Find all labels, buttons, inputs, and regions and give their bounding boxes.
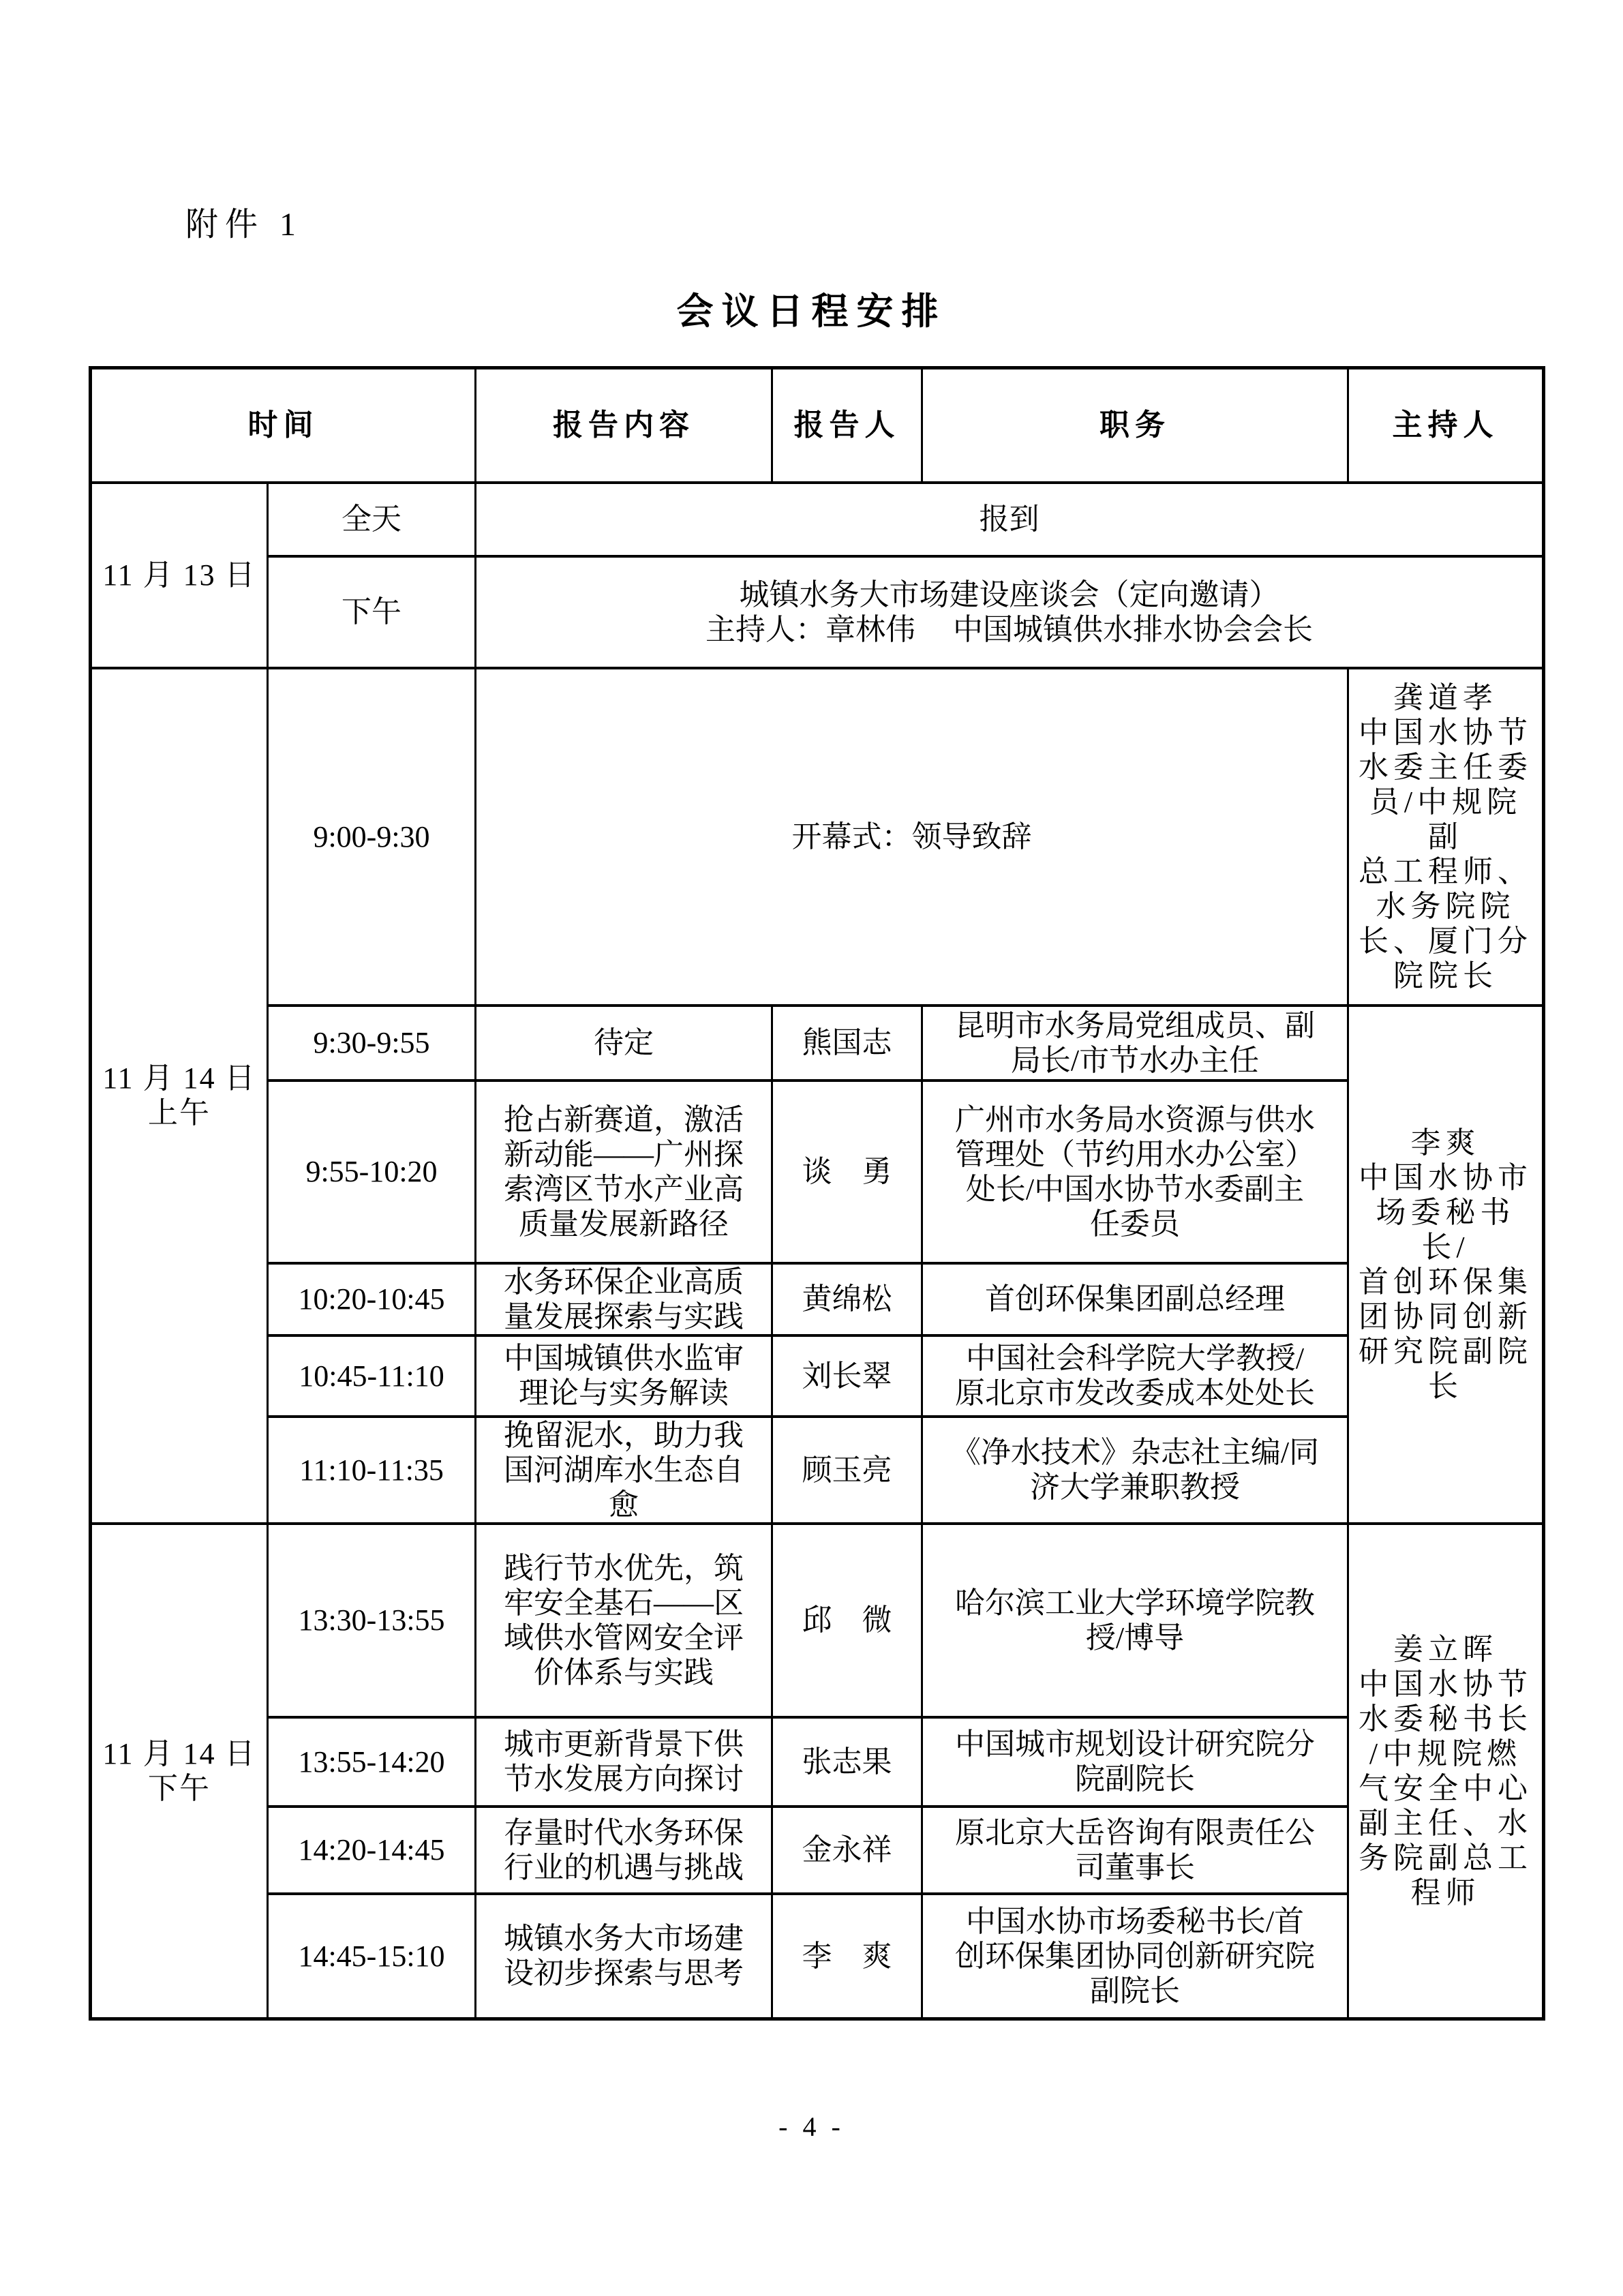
- table-row: 11 月 13 日 全天 报到: [91, 483, 1544, 556]
- col-header-position: 职务: [922, 368, 1348, 483]
- position-cell: 原北京大岳咨询有限责任公 司董事长: [922, 1807, 1348, 1894]
- table-row: 11 月 14 日 上午 9:00-9:30 开幕式：领导致辞 龚道孝 中国水协…: [91, 668, 1544, 1006]
- speaker-cell: 张志果: [772, 1717, 922, 1807]
- attachment-label: 附件 1: [185, 198, 303, 245]
- schedule-table: 时间 报告内容 报告人 职务 主持人 11 月 13 日 全天 报到 下午 城镇…: [89, 366, 1545, 2021]
- table-row: 9:55-10:20 抢占新赛道，激活 新动能——广州探 索湾区节水产业高 质量…: [91, 1081, 1544, 1263]
- col-header-speaker: 报告人: [772, 368, 922, 483]
- speaker-cell: 谈 勇: [772, 1081, 922, 1263]
- speaker-cell: 金永祥: [772, 1807, 922, 1894]
- position-cell: 哈尔滨工业大学环境学院教 授/博导: [922, 1524, 1348, 1717]
- content-cell-opening: 开幕式：领导致辞: [476, 668, 1348, 1006]
- content-cell: 抢占新赛道，激活 新动能——广州探 索湾区节水产业高 质量发展新路径: [476, 1081, 772, 1263]
- table-row: 10:45-11:10 中国城镇供水监审 理论与实务解读 刘长翠 中国社会科学院…: [91, 1335, 1544, 1417]
- document-page: 附件 1 会议日程安排 时间 报告内容 报告人 职务 主持人 11 月 13 日…: [0, 0, 1623, 2296]
- content-cell-registration: 报到: [476, 483, 1544, 556]
- position-cell: 昆明市水务局党组成员、副 局长/市节水办主任: [922, 1006, 1348, 1081]
- table-row: 13:55-14:20 城市更新背景下供 节水发展方向探讨 张志果 中国城市规划…: [91, 1717, 1544, 1807]
- time-cell: 10:45-11:10: [268, 1335, 476, 1417]
- date-cell-nov13: 11 月 13 日: [91, 483, 268, 668]
- col-header-time: 时间: [91, 368, 476, 483]
- col-header-host: 主持人: [1348, 368, 1544, 483]
- page-title: 会议日程安排: [0, 282, 1623, 335]
- table-row: 10:20-10:45 水务环保企业高质 量发展探索与实践 黄绵松 首创环保集团…: [91, 1263, 1544, 1335]
- content-cell: 存量时代水务环保 行业的机遇与挑战: [476, 1807, 772, 1894]
- table-row: 9:30-9:55 待定 熊国志 昆明市水务局党组成员、副 局长/市节水办主任 …: [91, 1006, 1544, 1081]
- content-cell: 中国城镇供水监审 理论与实务解读: [476, 1335, 772, 1417]
- speaker-cell: 邱 微: [772, 1524, 922, 1717]
- content-cell: 城市更新背景下供 节水发展方向探讨: [476, 1717, 772, 1807]
- time-cell: 9:55-10:20: [268, 1081, 476, 1263]
- time-cell: 14:45-15:10: [268, 1894, 476, 2019]
- position-cell: 中国城市规划设计研究院分 院副院长: [922, 1717, 1348, 1807]
- position-cell: 中国社会科学院大学教授/ 原北京市发改委成本处处长: [922, 1335, 1348, 1417]
- date-cell-nov14-am: 11 月 14 日 上午: [91, 668, 268, 1524]
- time-cell: 14:20-14:45: [268, 1807, 476, 1894]
- speaker-cell: 黄绵松: [772, 1263, 922, 1335]
- table-row: 11 月 14 日 下午 13:30-13:55 践行节水优先，筑 牢安全基石—…: [91, 1524, 1544, 1717]
- host-cell-morning: 李爽 中国水协市 场委秘书长/ 首创环保集 团协同创新 研究院副院 长: [1348, 1006, 1544, 1524]
- speaker-cell: 顾玉亮: [772, 1417, 922, 1524]
- content-cell: 践行节水优先，筑 牢安全基石——区 域供水管网安全评 价体系与实践: [476, 1524, 772, 1717]
- table-row: 11:10-11:35 挽留泥水，助力我 国河湖库水生态自 愈 顾玉亮 《净水技…: [91, 1417, 1544, 1524]
- position-cell: 《净水技术》杂志社主编/同 济大学兼职教授: [922, 1417, 1348, 1524]
- time-cell: 11:10-11:35: [268, 1417, 476, 1524]
- content-cell: 挽留泥水，助力我 国河湖库水生态自 愈: [476, 1417, 772, 1524]
- speaker-cell: 熊国志: [772, 1006, 922, 1081]
- table-row: 下午 城镇水务大市场建设座谈会（定向邀请） 主持人：章林伟 中国城镇供水排水协会…: [91, 556, 1544, 668]
- time-cell-allday: 全天: [268, 483, 476, 556]
- table-header-row: 时间 报告内容 报告人 职务 主持人: [91, 368, 1544, 483]
- position-cell: 广州市水务局水资源与供水 管理处（节约用水办公室） 处长/中国水协节水委副主 任…: [922, 1081, 1348, 1263]
- host-cell-afternoon: 姜立晖 中国水协节 水委秘书长 /中规院燃 气安全中心 副主任、水 务院副总工 …: [1348, 1524, 1544, 2019]
- time-cell: 10:20-10:45: [268, 1263, 476, 1335]
- page-number: - 4 -: [0, 2111, 1623, 2143]
- content-cell: 城镇水务大市场建 设初步探索与思考: [476, 1894, 772, 2019]
- content-cell-forum: 城镇水务大市场建设座谈会（定向邀请） 主持人：章林伟 中国城镇供水排水协会会长: [476, 556, 1544, 668]
- time-cell-pm: 下午: [268, 556, 476, 668]
- content-cell: 待定: [476, 1006, 772, 1081]
- time-cell: 9:00-9:30: [268, 668, 476, 1006]
- col-header-content: 报告内容: [476, 368, 772, 483]
- speaker-cell: 刘长翠: [772, 1335, 922, 1417]
- host-cell-opening: 龚道孝 中国水协节 水委主任委 员/中规院副 总工程师、 水务院院 长、厦门分 …: [1348, 668, 1544, 1006]
- table-row: 14:20-14:45 存量时代水务环保 行业的机遇与挑战 金永祥 原北京大岳咨…: [91, 1807, 1544, 1894]
- content-cell: 水务环保企业高质 量发展探索与实践: [476, 1263, 772, 1335]
- date-cell-nov14-pm: 11 月 14 日 下午: [91, 1524, 268, 2019]
- time-cell: 13:30-13:55: [268, 1524, 476, 1717]
- position-cell: 首创环保集团副总经理: [922, 1263, 1348, 1335]
- time-cell: 13:55-14:20: [268, 1717, 476, 1807]
- speaker-cell: 李 爽: [772, 1894, 922, 2019]
- table-row: 14:45-15:10 城镇水务大市场建 设初步探索与思考 李 爽 中国水协市场…: [91, 1894, 1544, 2019]
- position-cell: 中国水协市场委秘书长/首 创环保集团协同创新研究院 副院长: [922, 1894, 1348, 2019]
- time-cell: 9:30-9:55: [268, 1006, 476, 1081]
